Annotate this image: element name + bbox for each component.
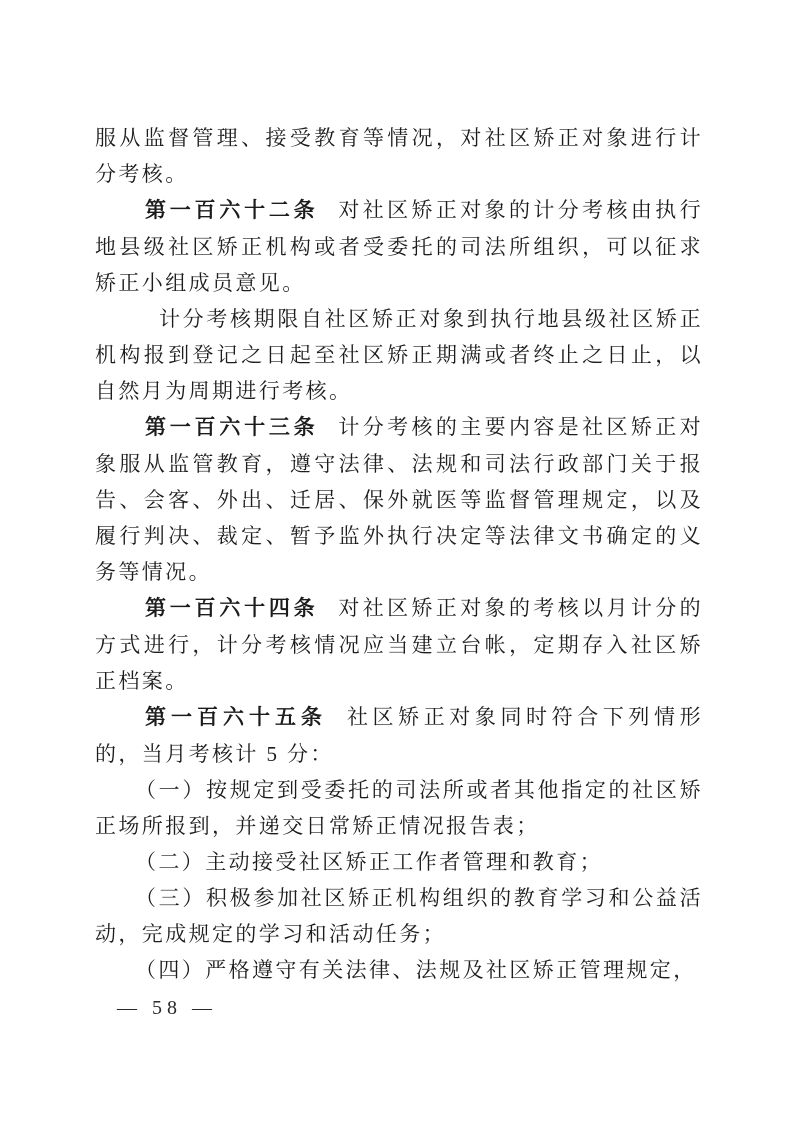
list-item-text: （一）按规定到受委托的司法所或者其他指定的社区矫正场所报到，并递交日常矫正情况报… <box>95 778 703 838</box>
article-164-number: 第一百六十四条 <box>145 597 318 620</box>
paragraph-scoring-period: 计分考核期限自社区矫正对象到执行地县级社区矫正机构报到登记之日起至社区矫正期满或… <box>95 301 703 409</box>
article-163: 第一百六十三条计分考核的主要内容是社区矫正对象服从监管教育，遵守法律、法规和司法… <box>95 409 703 590</box>
list-item-text: （三）积极参加社区矫正机构组织的教育学习和公益活动，完成规定的学习和活动任务； <box>95 886 703 946</box>
document-page: 服从监督管理、接受教育等情况，对社区矫正对象进行计分考核。 第一百六十二条对社区… <box>0 0 793 1122</box>
paragraph-continuation: 服从监督管理、接受教育等情况，对社区矫正对象进行计分考核。 <box>95 120 703 192</box>
list-item-text: （二）主动接受社区矫正工作者管理和教育； <box>135 850 603 874</box>
document-body: 服从监督管理、接受教育等情况，对社区矫正对象进行计分考核。 第一百六十二条对社区… <box>95 120 703 988</box>
article-165-number: 第一百六十五条 <box>145 706 327 729</box>
article-164: 第一百六十四条对社区矫正对象的考核以月计分的方式进行，计分考核情况应当建立台帐，… <box>95 590 703 699</box>
list-item-4: （四）严格遵守有关法律、法规及社区矫正管理规定， <box>95 952 703 988</box>
article-162-number: 第一百六十二条 <box>145 199 318 222</box>
list-item-1: （一）按规定到受委托的司法所或者其他指定的社区矫正场所报到，并递交日常矫正情况报… <box>95 772 703 844</box>
article-162: 第一百六十二条对社区矫正对象的计分考核由执行地县级社区矫正机构或者受委托的司法所… <box>95 192 703 301</box>
list-item-text: （四）严格遵守有关法律、法规及社区矫正管理规定， <box>135 958 697 982</box>
list-item-3: （三）积极参加社区矫正机构组织的教育学习和公益活动，完成规定的学习和活动任务； <box>95 880 703 952</box>
article-163-number: 第一百六十三条 <box>145 416 318 439</box>
list-item-2: （二）主动接受社区矫正工作者管理和教育； <box>95 844 703 880</box>
paragraph-text: 计分考核期限自社区矫正对象到执行地县级社区矫正机构报到登记之日起至社区矫正期满或… <box>95 307 703 403</box>
article-165: 第一百六十五条社区矫正对象同时符合下列情形的，当月考核计 5 分： <box>95 699 703 772</box>
paragraph-text: 服从监督管理、接受教育等情况，对社区矫正对象进行计分考核。 <box>95 126 703 186</box>
article-163-text: 计分考核的主要内容是社区矫正对象服从监管教育，遵守法律、法规和司法行政部门关于报… <box>95 415 703 584</box>
page-number: — 58 — <box>117 997 217 1020</box>
